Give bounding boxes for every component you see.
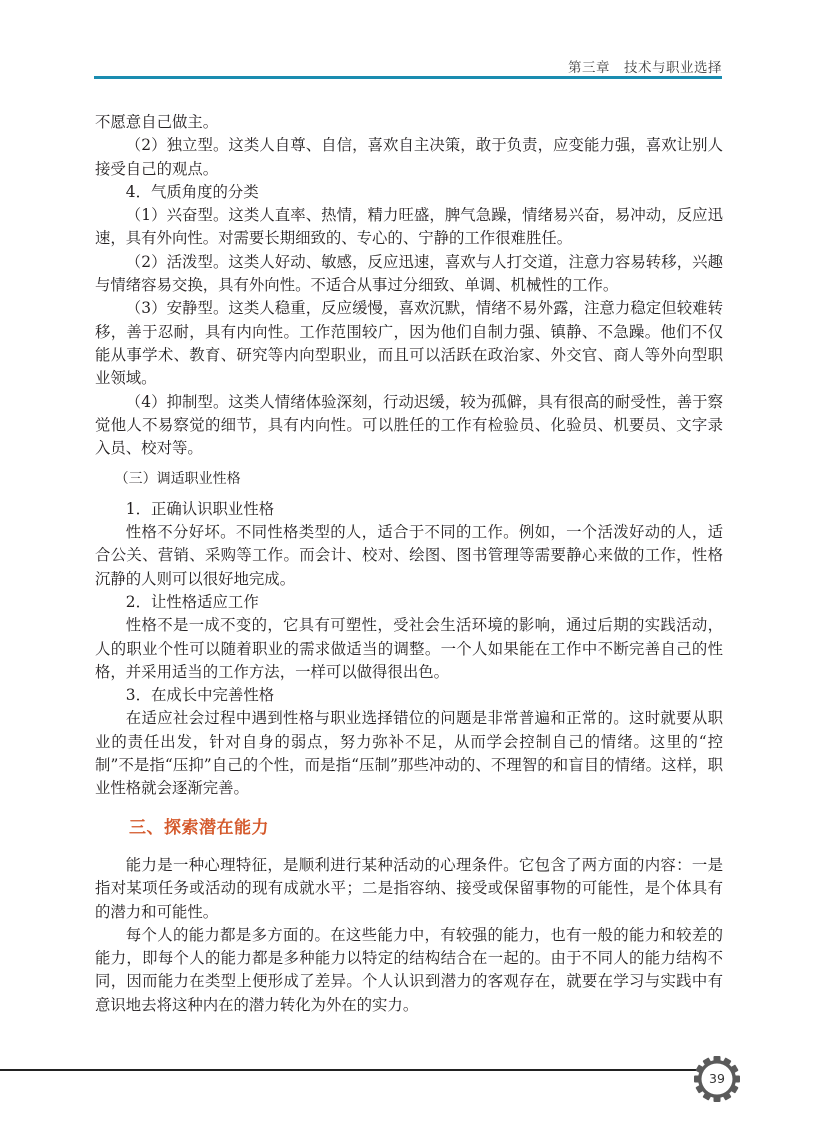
paragraph: （2）活泼型。这类人好动、敏感，反应迅速，喜欢与人打交道，注意力容易转移，兴趣与… xyxy=(95,251,723,298)
chapter-label: 第三章 xyxy=(568,60,610,76)
paragraph: 能力是一种心理特征，是顺利进行某种活动的心理条件。它包含了两方面的内容：一是指对… xyxy=(95,854,723,924)
page-body: 不愿意自己做主。 （2）独立型。这类人自尊、自信，喜欢自主决策，敢于负责，应变能… xyxy=(95,111,723,1017)
paragraph: （2）独立型。这类人自尊、自信，喜欢自主决策，敢于负责，应变能力强，喜欢让别人接… xyxy=(95,134,723,181)
subheading: 4．气质角度的分类 xyxy=(95,181,723,204)
chapter-title: 技术与职业选择 xyxy=(624,60,722,76)
page-number: 39 xyxy=(694,1056,740,1102)
header-rule xyxy=(94,76,722,79)
chapter-section-title: 三、探索潜在能力 xyxy=(95,817,723,840)
paragraph: （1）兴奋型。这类人直率、热情，精力旺盛，脾气急躁，情绪易兴奋，易冲动，反应迅速… xyxy=(95,204,723,251)
page-number-badge: 39 xyxy=(694,1056,740,1102)
header-title: 第三章 技术与职业选择 xyxy=(568,56,722,76)
running-header: 第三章 技术与职业选择 xyxy=(94,54,722,78)
subheading: 1．正确认识职业性格 xyxy=(95,498,723,521)
subheading: 2．让性格适应工作 xyxy=(95,591,723,614)
paragraph: 每个人的能力都是多方面的。在这些能力中，有较强的能力，也有一般的能力和较差的能力… xyxy=(95,924,723,1017)
subheading: 3．在成长中完善性格 xyxy=(95,684,723,707)
paragraph: 性格不分好坏。不同性格类型的人，适合于不同的工作。例如，一个活泼好动的人，适合公… xyxy=(95,521,723,591)
paragraph: 不愿意自己做主。 xyxy=(95,111,723,134)
section-heading: （三）调适职业性格 xyxy=(95,468,723,491)
footer-rule xyxy=(0,1069,700,1071)
paragraph: 在适应社会过程中遇到性格与职业选择错位的问题是非常普遍和正常的。这时就要从职业的… xyxy=(95,707,723,800)
paragraph: 性格不是一成不变的，它具有可塑性，受社会生活环境的影响，通过后期的实践活动，人的… xyxy=(95,614,723,684)
paragraph: （3）安静型。这类人稳重，反应缓慢，喜欢沉默，情绪不易外露，注意力稳定但较难转移… xyxy=(95,297,723,390)
paragraph: （4）抑制型。这类人情绪体验深刻，行动迟缓，较为孤僻，具有很高的耐受性，善于察觉… xyxy=(95,391,723,461)
